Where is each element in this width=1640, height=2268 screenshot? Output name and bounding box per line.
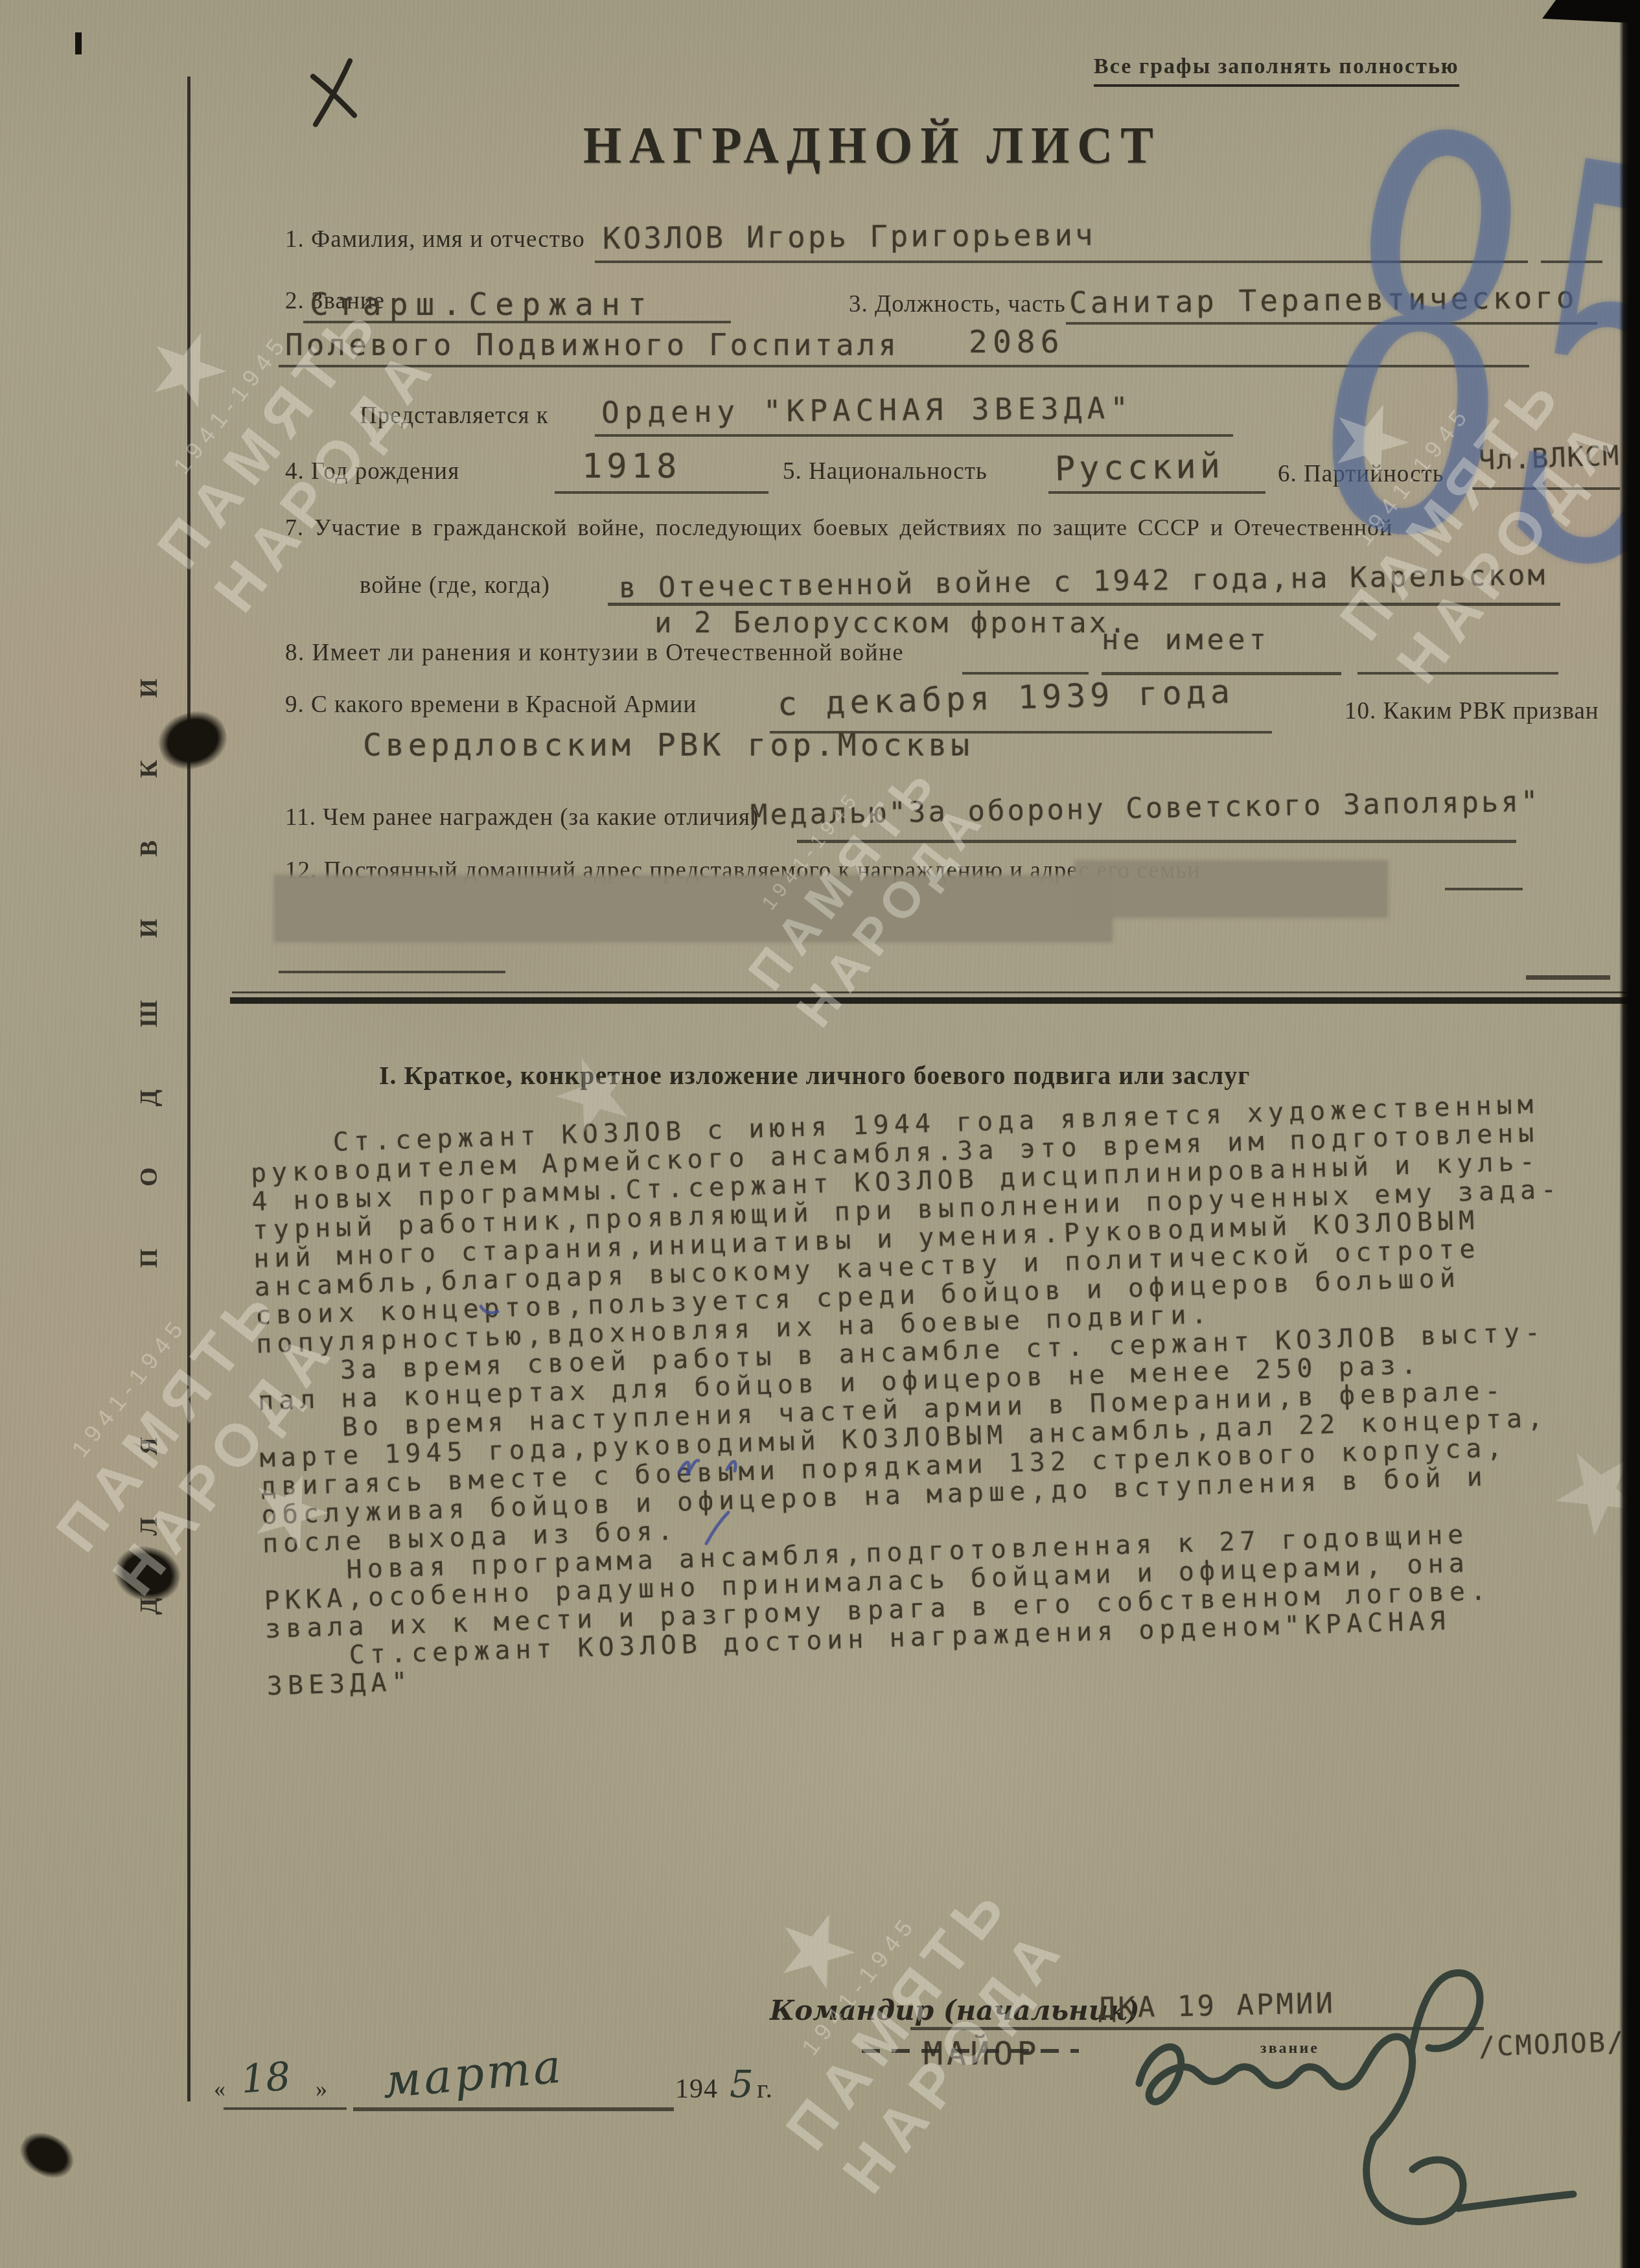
ruled-line (1526, 975, 1610, 980)
date-rule (353, 2107, 674, 2111)
field-wounds-label: 8. Имеет ли ранения и контузии в Отечест… (285, 639, 904, 667)
field-rank-value: Старш.Сержант (310, 286, 654, 323)
ruled-line (303, 321, 731, 323)
ruled-line (555, 491, 768, 494)
field-nationality-value: Русский (1054, 447, 1224, 489)
date-year-suffix: г. (757, 2074, 773, 2105)
field-position-number: 2086 (969, 324, 1065, 360)
citation-body-text: Ст.сержант КОЗЛОВ с июня 1944 года являе… (249, 1090, 1576, 1701)
document-page: ДЛЯ ПОДШИВКИ Все графы заполнять полност… (0, 0, 1640, 2268)
field-birth-year-label: 4. Год рождения (285, 457, 459, 485)
ruled-line (279, 971, 505, 973)
commander-label: Командир (начальник) (770, 1995, 1140, 2026)
rank-strike-dashes (862, 2049, 1079, 2053)
date-day-handwritten: 18 (240, 2054, 292, 2102)
field-rvk-label: 10. Каким РВК призван (1345, 697, 1599, 725)
section-heading: I. Краткое, конкретное изложение личного… (379, 1060, 1250, 1091)
rank-caption: звание (1260, 2040, 1319, 2057)
ruled-line (1048, 491, 1265, 494)
field-position-value-line2: Полевого Подвижного Госпиталя (285, 327, 899, 362)
margin-filing-text: ДЛЯ ПОДШИВКИ (135, 616, 163, 1615)
scan-edge-right (1619, 0, 1640, 2268)
field-name-label: 1. Фамилия, имя и отчество (285, 226, 585, 253)
field-nationality-label: 5. Национальность (783, 457, 987, 485)
date-quote-open: « (214, 2075, 226, 2102)
section-divider-thick (230, 997, 1633, 1004)
x-mark (313, 61, 354, 124)
page-title: НАГРАДНОЙ ЛИСТ (583, 116, 1161, 176)
presented-for-label: Представляется к (360, 402, 549, 430)
star-icon: ★ (681, 1797, 947, 2103)
commander-rank: МАЙОР (923, 2035, 1041, 2072)
scan-edge-notch (75, 32, 82, 54)
field-war-participation-label: 7. Участие в гражданской войне, последую… (285, 514, 1392, 541)
margin-vertical-rule (187, 76, 191, 2101)
date-month-handwritten: марта (380, 2039, 566, 2109)
ruled-line (1445, 888, 1523, 890)
field-army-since-value: с декабря 1939 года (777, 673, 1234, 723)
ruled-line (962, 672, 1089, 675)
presented-for-value: Ордену "КРАСНАЯ ЗВЕЗДА" (601, 390, 1133, 430)
redacted-block (275, 876, 1111, 941)
punch-hole (110, 1540, 186, 1608)
ruled-line (595, 434, 1233, 437)
field-name-value: КОЗЛОВ Игорь Григорьевич (603, 217, 1096, 255)
ruled-line (797, 840, 1516, 843)
date-year-printed: 194 (675, 2074, 718, 2105)
section-divider (232, 991, 1628, 993)
field-rvk-value: Свердловским РВК гор.Москвы (363, 727, 973, 763)
blue-pencil-number: 85 (1317, 78, 1640, 637)
field-birth-year-value: 1918 (582, 447, 681, 486)
field-position-label: 3. Должность, часть (849, 290, 1066, 318)
commander-name: /СМОЛОВ/ (1478, 2026, 1626, 2063)
punch-hole (152, 704, 233, 777)
signature-rule (910, 2027, 1484, 2030)
commander-unit: ДКА 19 АРМИИ (1098, 1987, 1336, 2025)
field-wounds-value: не имеет (1102, 623, 1270, 656)
field-army-since-label: 9. С какого времени в Красной Армии (285, 691, 697, 719)
field-war-participation-label2: войне (где, когда) (360, 572, 550, 599)
date-year-handwritten: 5 (730, 2062, 754, 2106)
scan-corner-top-right (1542, 0, 1640, 23)
field-war-participation-value2: и 2 Белорусском фронтах. (654, 607, 1129, 640)
ink-blot (13, 2125, 80, 2186)
date-quote-close: » (316, 2075, 328, 2102)
field-prior-awards-label: 11. Чем ранее награжден (за какие отличи… (285, 804, 759, 831)
date-rule (224, 2107, 347, 2110)
field-prior-awards-value: Медалью"За оборону Советского Заполярья" (750, 785, 1541, 831)
star-icon: ★ (52, 216, 318, 522)
redacted-block (1076, 862, 1387, 916)
